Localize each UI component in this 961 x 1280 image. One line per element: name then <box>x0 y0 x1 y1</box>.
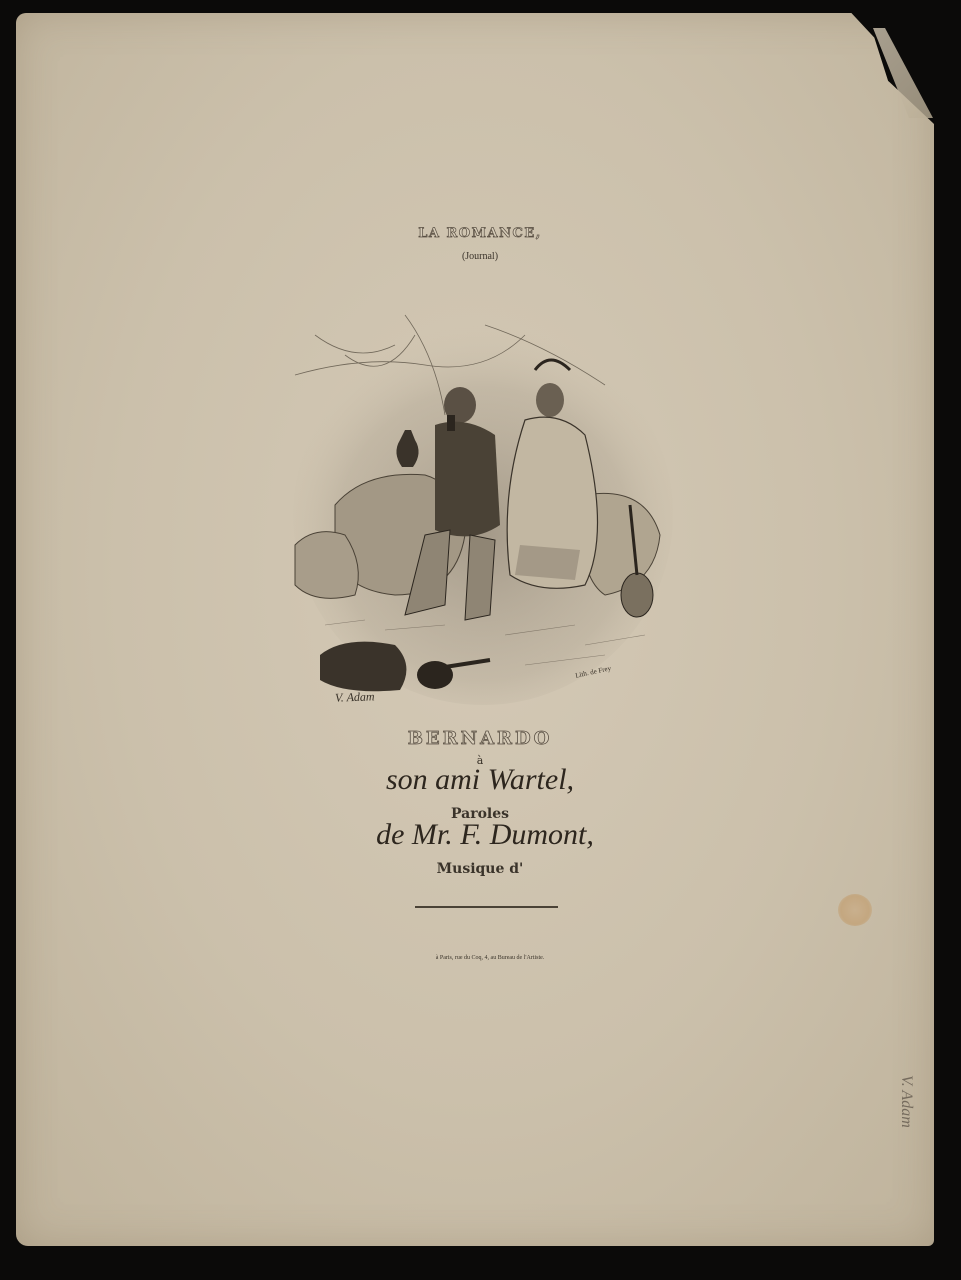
artist-signature: V. Adam <box>335 689 375 705</box>
lyricist: de Mr. F. Dumont, <box>320 818 650 852</box>
song-title: BERNARDO <box>330 728 630 749</box>
journal-title: LA ROMANCE, <box>380 226 580 241</box>
pencil-annotation: V. Adam <box>897 1075 915 1128</box>
musique-label: Musique d' <box>420 861 540 877</box>
dedication: son ami Wartel, <box>330 763 630 797</box>
lithograph-illustration <box>285 295 680 705</box>
composer-blank-rule <box>415 906 558 908</box>
publisher-imprint: à Paris, rue du Coq, 4, au Bureau de l'A… <box>400 955 580 961</box>
foxing-stain <box>838 894 872 926</box>
journal-subtitle: (Journal) <box>380 251 580 262</box>
